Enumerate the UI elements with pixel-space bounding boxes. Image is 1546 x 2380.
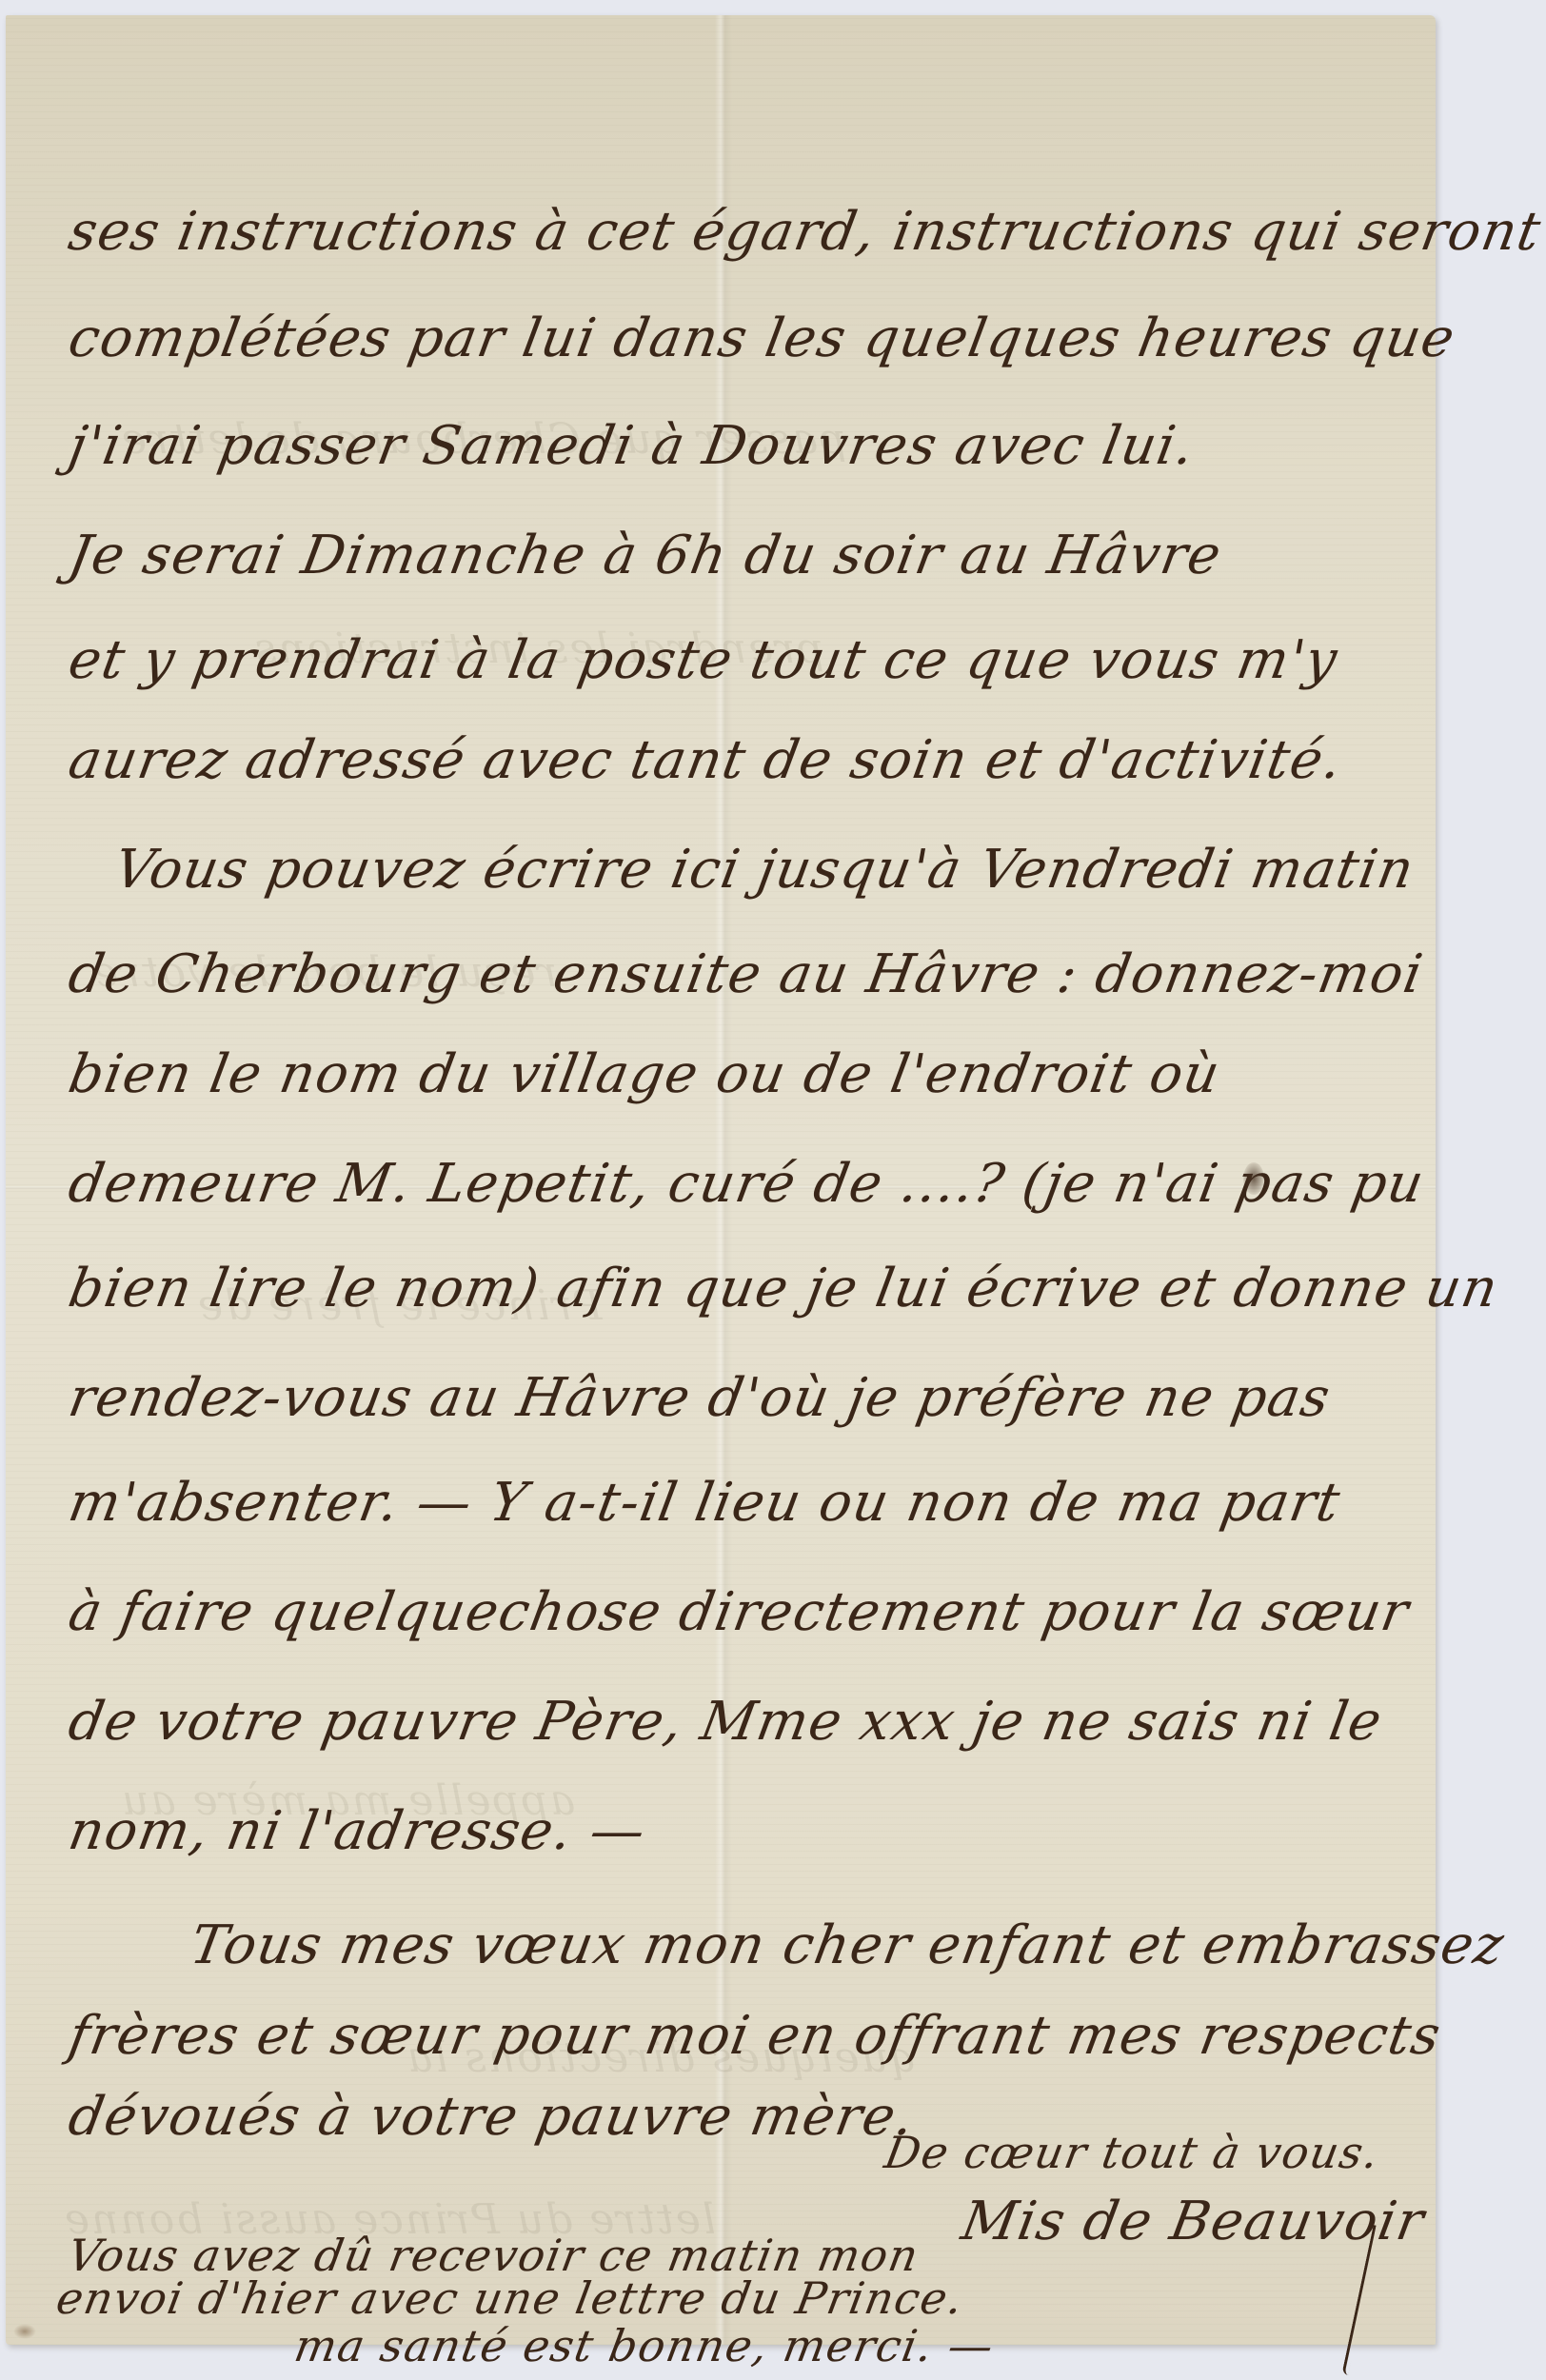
letter-line-14: à faire quelquechose directement pour la…: [65, 1586, 1414, 1639]
letter-line-17: Tous mes vœux mon cher enfant et embrass…: [187, 1919, 1509, 1973]
letter-line-15: de votre pauvre Père, Mme xxx je ne sais…: [65, 1696, 1386, 1749]
letter-line-13: m'absenter. — Y a-t-il lieu ou non de ma…: [65, 1477, 1344, 1530]
letter-line-5: et y prendrai à la poste tout ce que vou…: [65, 634, 1342, 687]
letter-line-9: bien le nom du village ou de l'endroit o…: [65, 1048, 1224, 1101]
letter-line-4: Je serai Dimanche à 6h du soir au Hâvre: [65, 529, 1226, 583]
postscript-line-3: ma santé est bonne, merci. —: [291, 2324, 998, 2368]
corner-stain: [13, 2324, 36, 2339]
letter-closing: De cœur tout à vous.: [882, 2131, 1383, 2174]
letter-page: passer que Cherbourg de lettre prendrai …: [6, 15, 1436, 2345]
letter-line-1: ses instructions à cet égard, instructio…: [65, 206, 1545, 259]
letter-signature: Mis de Beauvoir: [958, 2195, 1429, 2249]
letter-line-8: de Cherbourg et ensuite au Hâvre : donne…: [65, 948, 1427, 1002]
postscript-line-1: Vous avez dû recevoir ce matin mon: [65, 2233, 922, 2277]
letter-line-3: j'irai passer Samedi à Douvres avec lui.: [65, 420, 1199, 473]
letter-line-16: nom, ni l'adresse. —: [65, 1805, 650, 1858]
letter-line-7: Vous pouvez écrire ici jusqu'à Vendredi …: [110, 843, 1418, 897]
letter-line-2: complétées par lui dans les quelques heu…: [65, 312, 1459, 366]
ink-blot: [1243, 1162, 1264, 1195]
letter-line-19: dévoués à votre pauvre mère.: [65, 2091, 919, 2144]
letter-line-11: bien lire le nom) afin que je lui écrive…: [65, 1262, 1502, 1316]
letter-line-6: aurez adressé avec tant de soin et d'act…: [65, 734, 1347, 787]
postscript-line-2: envoi d'hier avec une lettre du Prince.: [53, 2276, 967, 2320]
letter-line-12: rendez-vous au Hâvre d'où je préfère ne …: [65, 1372, 1335, 1425]
letter-line-18: frères et sœur pour moi en offrant mes r…: [65, 2010, 1445, 2063]
letter-line-10: demeure M. Lepetit, curé de ....? (je n'…: [65, 1158, 1429, 1211]
